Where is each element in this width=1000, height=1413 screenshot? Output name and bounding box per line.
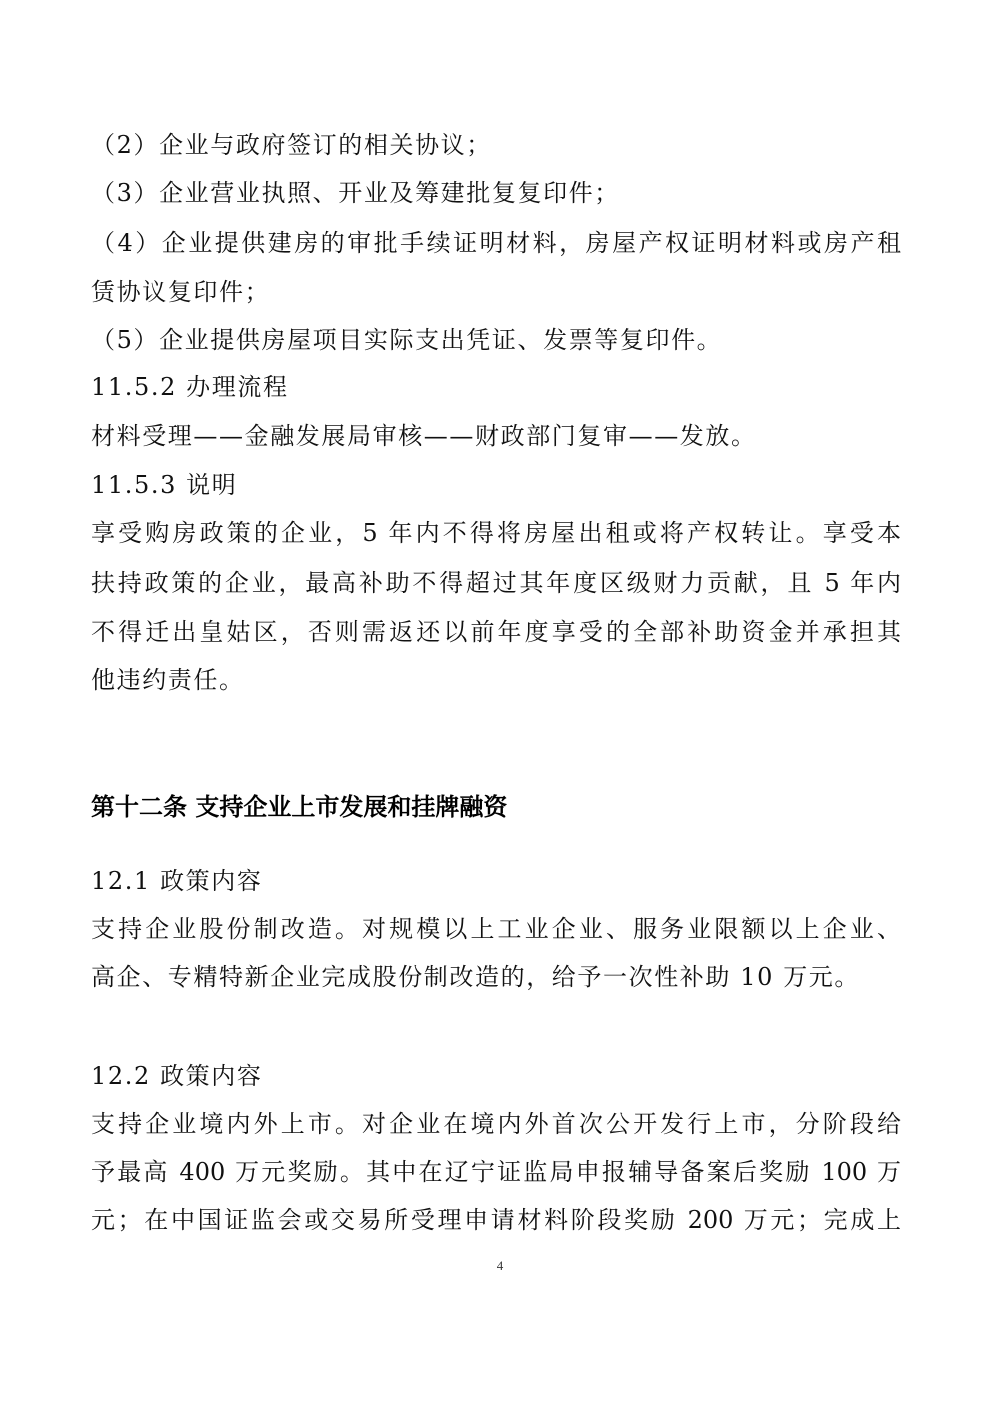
section-body-12-2-line-2: 予最高 400 万元奖励。其中在辽宁证监局申报辅导备案后奖励 100 万 (91, 1157, 901, 1187)
list-item-4-line-2: 赁协议复印件； (91, 277, 901, 307)
section-body-12-2-line-1: 支持企业境内外上市。对企业在境内外首次公开发行上市，分阶段给 (91, 1109, 901, 1139)
section-title-11-5-3: 11.5.3 说明 (91, 470, 901, 500)
section-title-12-2: 12.2 政策内容 (91, 1061, 901, 1091)
list-item-5: （5）企业提供房屋项目实际支出凭证、发票等复印件。 (91, 325, 901, 355)
section-body-12-1-line-2: 高企、专精特新企业完成股份制改造的，给予一次性补助 10 万元。 (91, 962, 901, 992)
section-body-11-5-3-line-4: 他违约责任。 (91, 665, 901, 695)
article-12-heading: 第十二条 支持企业上市发展和挂牌融资 (91, 792, 507, 822)
section-title-11-5-2: 11.5.2 办理流程 (91, 372, 901, 402)
page-number: 4 (0, 1258, 1000, 1274)
list-item-4-line-1: （4）企业提供建房的审批手续证明材料，房屋产权证明材料或房产租 (91, 228, 901, 258)
section-body-12-2-line-3: 元；在中国证监会或交易所受理申请材料阶段奖励 200 万元；完成上 (91, 1205, 901, 1235)
section-body-11-5-3-line-1: 享受购房政策的企业，5 年内不得将房屋出租或将产权转让。享受本 (91, 518, 901, 548)
list-item-3: （3）企业营业执照、开业及筹建批复复印件； (91, 178, 901, 208)
list-item-2: （2）企业与政府签订的相关协议； (91, 130, 901, 160)
section-body-11-5-3-line-3: 不得迁出皇姑区，否则需返还以前年度享受的全部补助资金并承担其 (91, 617, 901, 647)
document-page: （2）企业与政府签订的相关协议； （3）企业营业执照、开业及筹建批复复印件； （… (0, 0, 1000, 1413)
section-body-11-5-2: 材料受理——金融发展局审核——财政部门复审——发放。 (91, 421, 901, 451)
section-body-11-5-3-line-2: 扶持政策的企业，最高补助不得超过其年度区级财力贡献，且 5 年内 (91, 568, 901, 598)
section-title-12-1: 12.1 政策内容 (91, 866, 901, 896)
section-body-12-1-line-1: 支持企业股份制改造。对规模以上工业企业、服务业限额以上企业、 (91, 914, 901, 944)
